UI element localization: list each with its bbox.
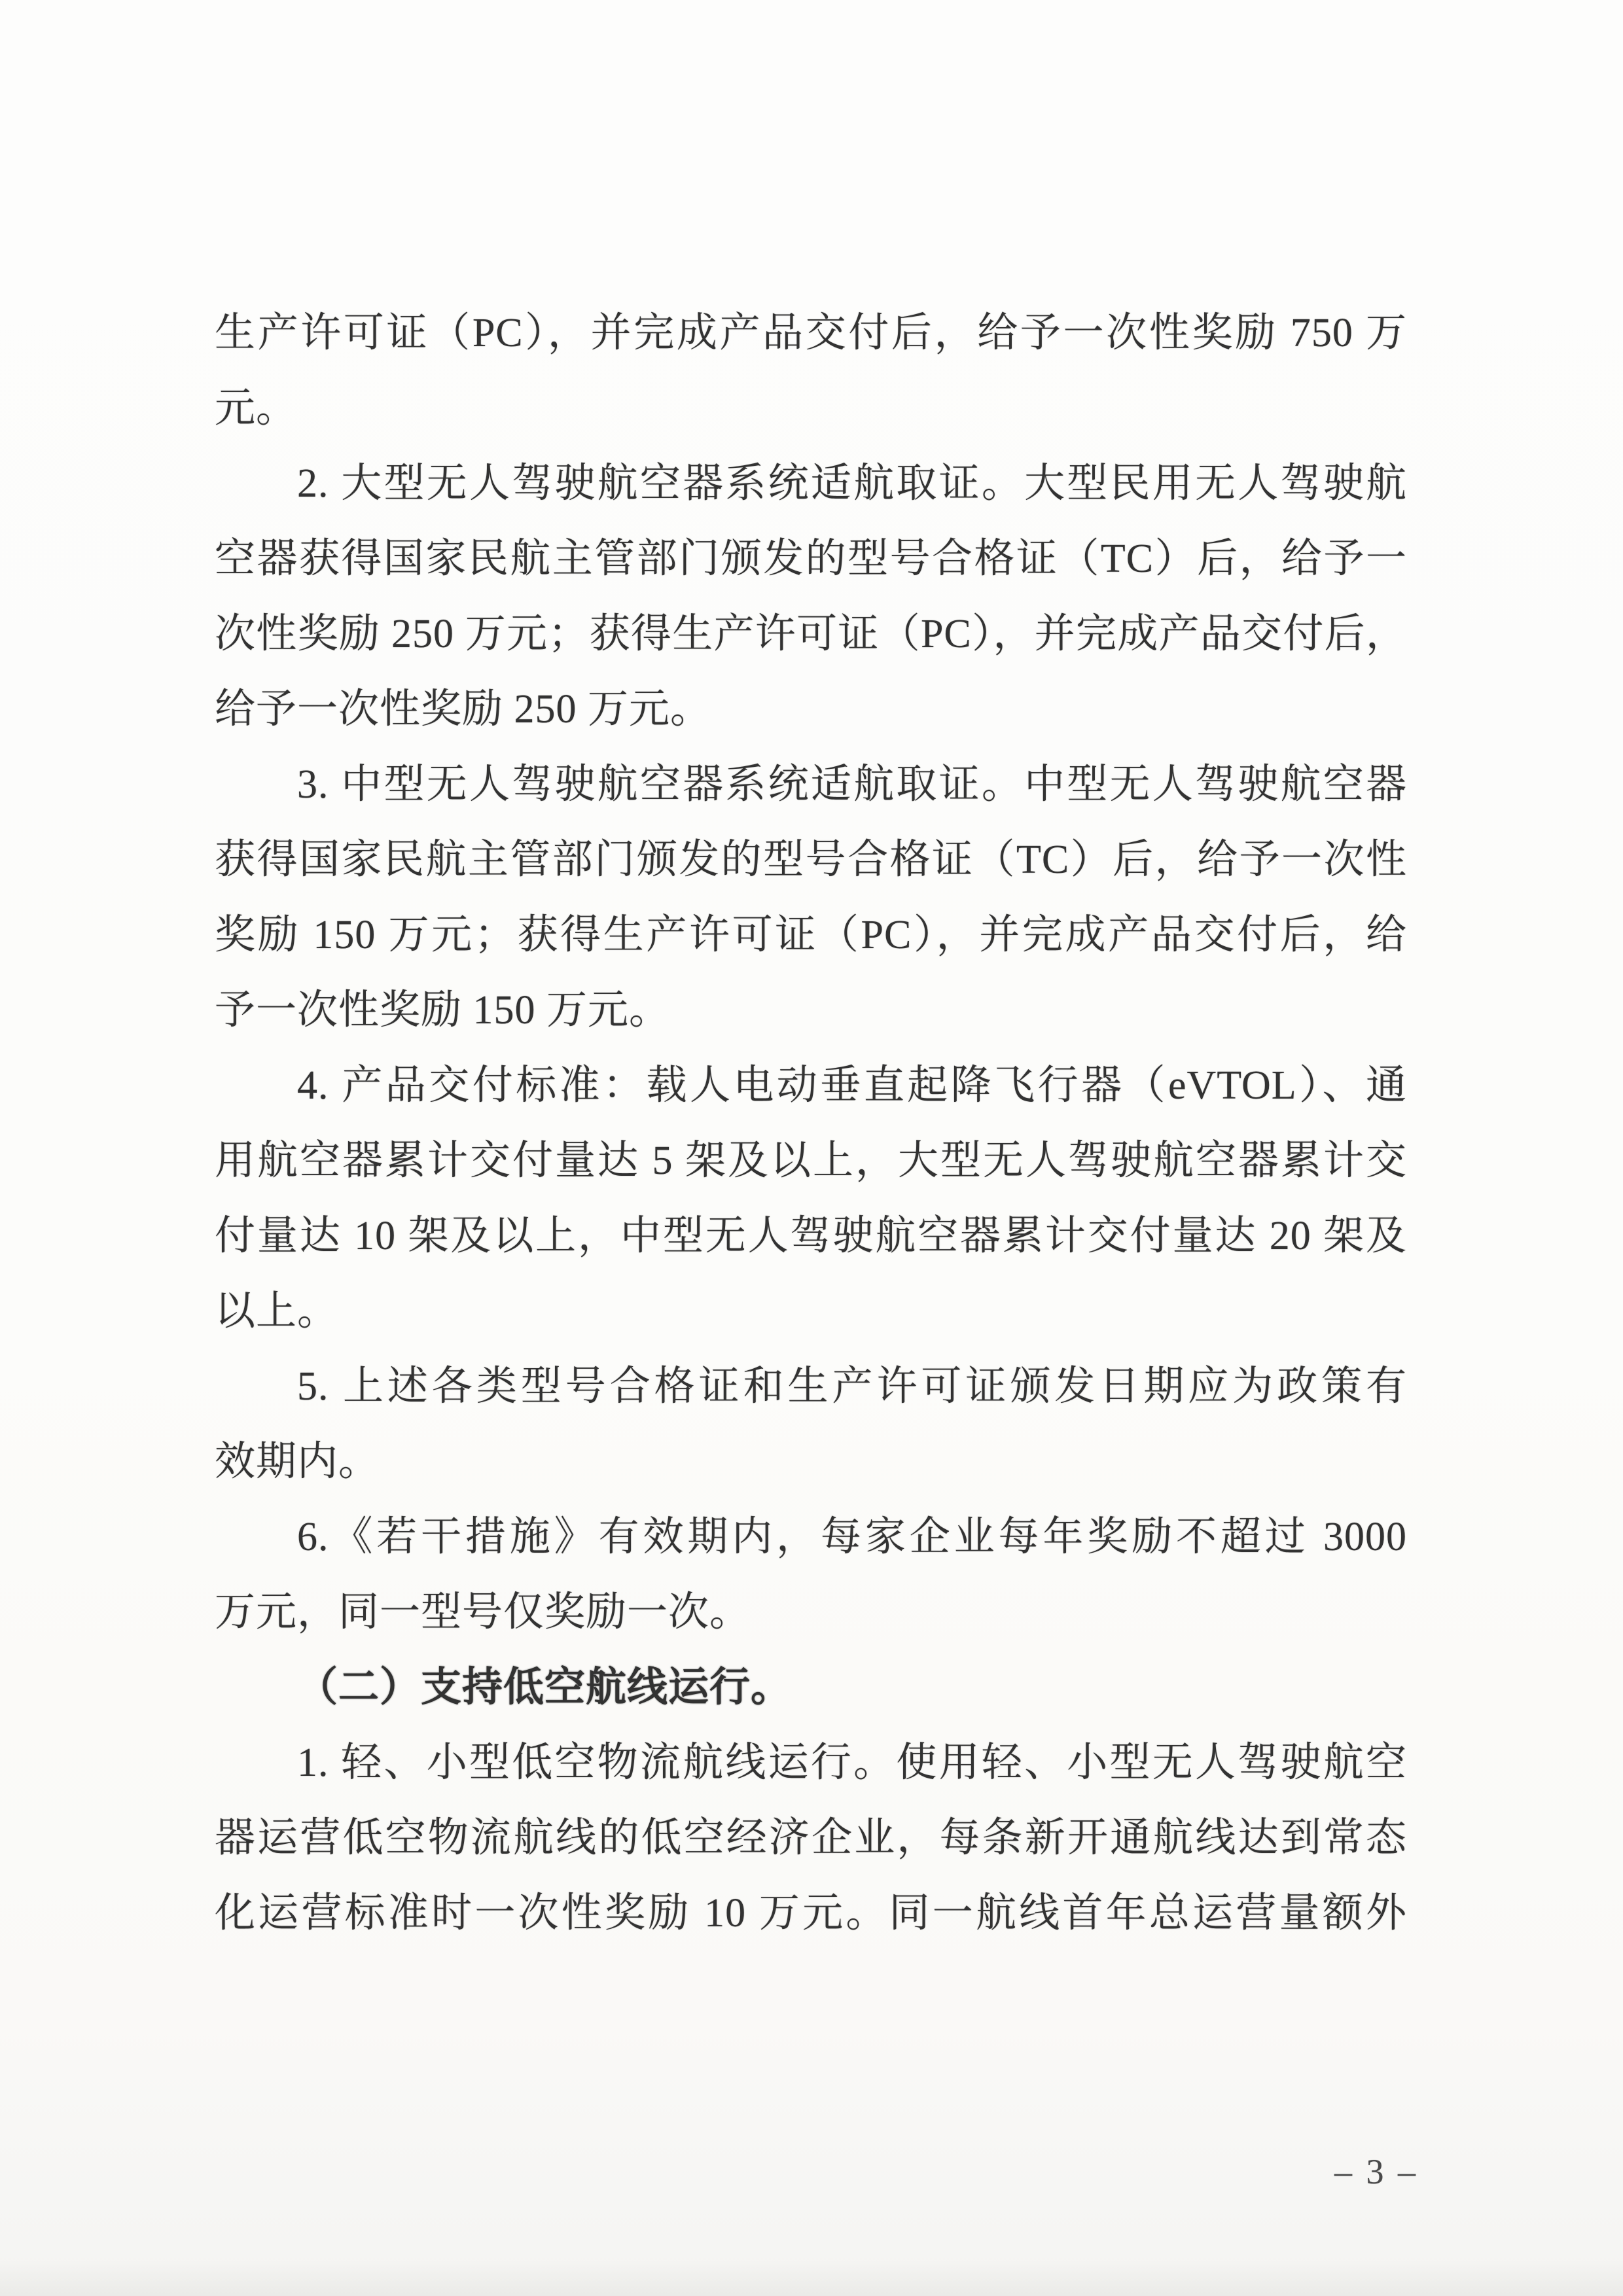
text-line: 以上。 [215, 1274, 1407, 1349]
page-number: – 3 – [1327, 2151, 1425, 2192]
text-line: 3. 中型无人驾驶航空器系统适航取证。中型无人驾驶航空器 [215, 747, 1407, 822]
text-line: 万元，同一型号仅奖励一次。 [215, 1575, 1407, 1650]
text-line: 6.《若干措施》有效期内，每家企业每年奖励不超过 3000 [215, 1500, 1407, 1575]
text-line: 5. 上述各类型号合格证和生产许可证颁发日期应为政策有 [215, 1349, 1407, 1424]
text-line: 生产许可证（PC），并完成产品交付后，给予一次性奖励 750 万 [215, 296, 1407, 371]
text-line: 次性奖励 250 万元；获得生产许可证（PC），并完成产品交付后， [215, 597, 1407, 672]
para-5-certificate-validity-period: 5. 上述各类型号合格证和生产许可证颁发日期应为政策有效期内。 [215, 1349, 1407, 1500]
text-line: 化运营标准时一次性奖励 10 万元。同一航线首年总运营量额外 [215, 1876, 1407, 1951]
text-line: 1. 轻、小型低空物流航线运行。使用轻、小型无人驾驶航空 [215, 1725, 1407, 1801]
text-line: 2. 大型无人驾驶航空器系统适航取证。大型民用无人驾驶航 [215, 446, 1407, 521]
para-4-delivery-standard: 4. 产品交付标准：载人电动垂直起降飞行器（eVTOL）、通用航空器累计交付量达… [215, 1048, 1407, 1349]
text-line: 获得国家民航主管部门颁发的型号合格证（TC）后，给予一次性 [215, 822, 1407, 898]
text-line: 付量达 10 架及以上，中型无人驾驶航空器累计交付量达 20 架及 [215, 1199, 1407, 1274]
text-line: 用航空器累计交付量达 5 架及以上，大型无人驾驶航空器累计交 [215, 1123, 1407, 1199]
document-body: 生产许可证（PC），并完成产品交付后，给予一次性奖励 750 万元。2. 大型无… [215, 296, 1407, 1951]
text-line: （二）支持低空航线运行。 [215, 1650, 1407, 1725]
text-line: 予一次性奖励 150 万元。 [215, 973, 1407, 1048]
para-continuation-pc-reward-750: 生产许可证（PC），并完成产品交付后，给予一次性奖励 750 万元。 [215, 296, 1407, 446]
scan-bottom-shade [0, 2260, 1623, 2296]
para-2-large-uav-airworthiness: 2. 大型无人驾驶航空器系统适航取证。大型民用无人驾驶航空器获得国家民航主管部门… [215, 446, 1407, 747]
para-6-annual-reward-cap: 6.《若干措施》有效期内，每家企业每年奖励不超过 3000万元，同一型号仅奖励一… [215, 1500, 1407, 1650]
para-1-light-small-logistics-routes: 1. 轻、小型低空物流航线运行。使用轻、小型无人驾驶航空器运营低空物流航线的低空… [215, 1725, 1407, 1951]
para-heading-2-support-low-altitude-routes: （二）支持低空航线运行。 [215, 1650, 1407, 1725]
text-line: 器运营低空物流航线的低空经济企业，每条新开通航线达到常态 [215, 1801, 1407, 1876]
text-line: 给予一次性奖励 250 万元。 [215, 672, 1407, 747]
text-line: 效期内。 [215, 1424, 1407, 1500]
text-line: 元。 [215, 371, 1407, 446]
text-line: 奖励 150 万元；获得生产许可证（PC），并完成产品交付后，给 [215, 898, 1407, 973]
para-3-medium-uav-airworthiness: 3. 中型无人驾驶航空器系统适航取证。中型无人驾驶航空器获得国家民航主管部门颁发… [215, 747, 1407, 1048]
text-line: 空器获得国家民航主管部门颁发的型号合格证（TC）后，给予一 [215, 521, 1407, 597]
scanned-document-page: 生产许可证（PC），并完成产品交付后，给予一次性奖励 750 万元。2. 大型无… [0, 0, 1623, 2296]
text-line: 4. 产品交付标准：载人电动垂直起降飞行器（eVTOL）、通 [215, 1048, 1407, 1123]
